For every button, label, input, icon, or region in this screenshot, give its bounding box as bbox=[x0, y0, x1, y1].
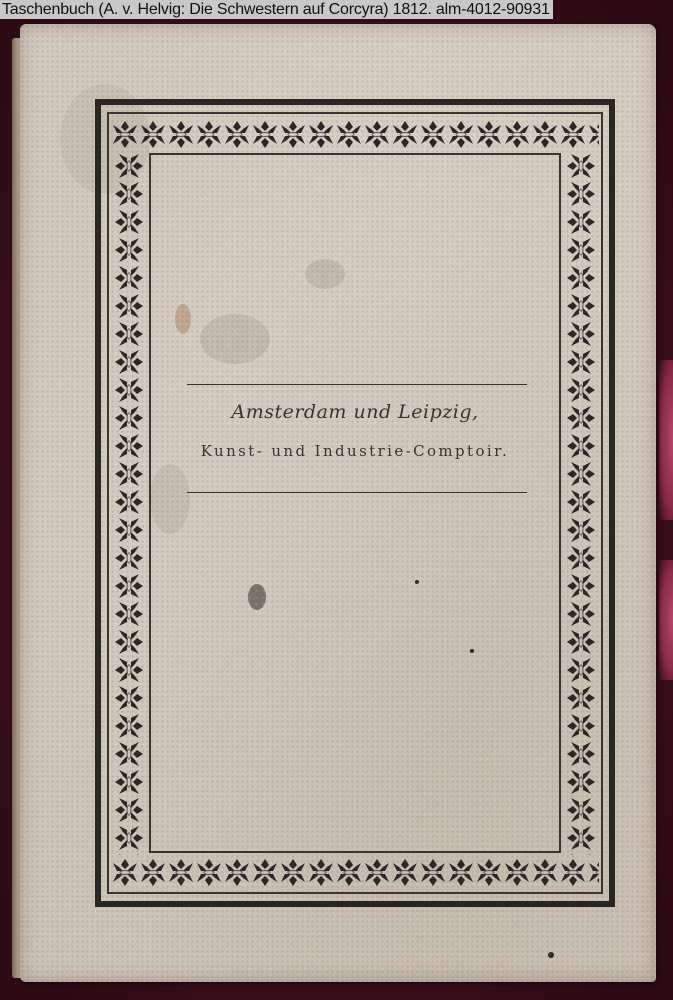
border-inner-rule bbox=[149, 153, 561, 853]
ornament-band-bottom bbox=[111, 855, 599, 890]
imprint-publisher: Kunst- und Industrie-Comptoir. bbox=[149, 442, 561, 460]
rule-above-imprint bbox=[187, 384, 527, 385]
ornament-band-left bbox=[111, 152, 147, 855]
rule-below-imprint bbox=[187, 492, 527, 493]
ornament-band-right bbox=[563, 152, 599, 855]
image-caption: Taschenbuch (A. v. Helvig: Die Schwester… bbox=[0, 0, 553, 19]
imprint-place: Amsterdam und Leipzig, bbox=[149, 401, 561, 423]
book: Amsterdam und Leipzig, Kunst- und Indust… bbox=[12, 24, 662, 986]
ornament-band-top bbox=[111, 117, 599, 152]
stain bbox=[548, 952, 554, 958]
